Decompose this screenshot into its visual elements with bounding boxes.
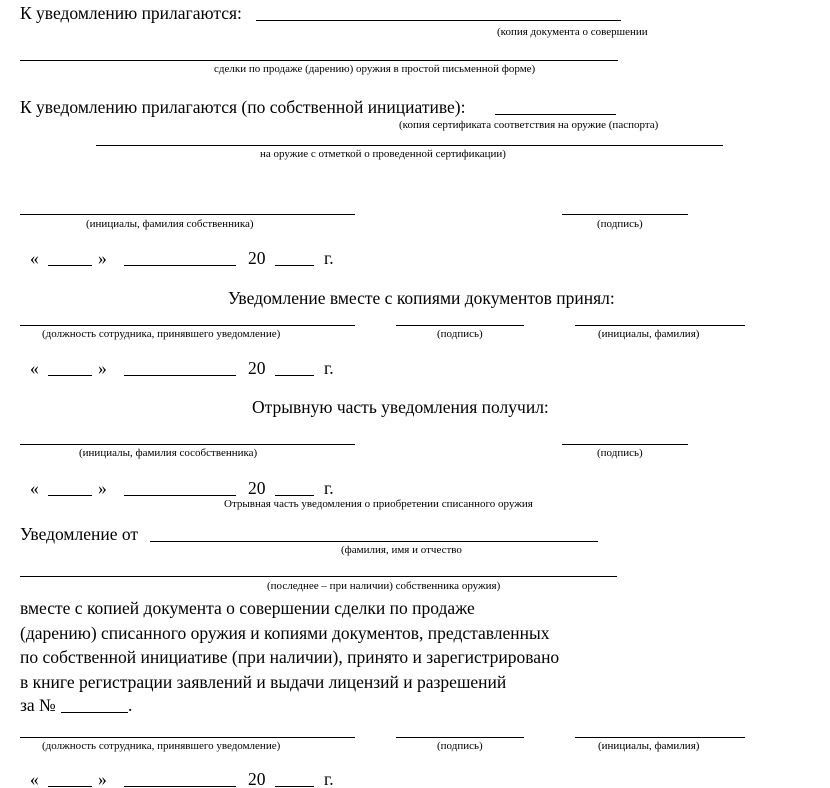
voluntary-caption-2: на оружие с отметкой о проведенной серти… xyxy=(260,148,506,161)
accepted-name-field[interactable] xyxy=(575,325,745,326)
accepted-position-field[interactable] xyxy=(20,325,355,326)
tearoff-received-heading: Отрывную часть уведомления получил: xyxy=(252,397,549,417)
attachments-field[interactable] xyxy=(256,20,621,21)
owner-signature-caption: (подпись) xyxy=(597,218,643,231)
paragraph-line: по собственной инициативе (при наличии),… xyxy=(20,645,559,670)
coowner-signature-caption: (подпись) xyxy=(597,447,643,460)
voluntary-attachments-field-2[interactable] xyxy=(96,145,723,146)
day-field[interactable] xyxy=(48,495,92,496)
century-label: 20 xyxy=(248,478,266,498)
registration-number-field[interactable] xyxy=(61,712,128,713)
close-quote: » xyxy=(98,769,107,788)
voluntary-caption-1: (копия сертификата соответствия на оружи… xyxy=(399,119,658,132)
notification-from-label: Уведомление от xyxy=(20,524,138,544)
day-field[interactable] xyxy=(48,786,92,787)
month-field[interactable] xyxy=(124,265,236,266)
year-suffix: г. xyxy=(324,478,334,498)
open-quote: « xyxy=(30,358,39,378)
attachments-heading: К уведомлению прилагаются: xyxy=(20,3,242,23)
century-label: 20 xyxy=(248,769,266,788)
paragraph-line: вместе с копией документа о совершении с… xyxy=(20,596,559,621)
close-quote: » xyxy=(98,358,107,378)
month-field[interactable] xyxy=(124,375,236,376)
owner-name-field[interactable] xyxy=(20,214,355,215)
year-field[interactable] xyxy=(275,495,314,496)
final-position-field[interactable] xyxy=(20,737,355,738)
year-suffix: г. xyxy=(324,769,334,788)
coowner-signature-field[interactable] xyxy=(562,444,688,445)
year-suffix: г. xyxy=(324,358,334,378)
attachments-caption-2: сделки по продаже (дарению) оружия в про… xyxy=(214,63,535,76)
year-field[interactable] xyxy=(275,786,314,787)
voluntary-attachments-heading: К уведомлению прилагаются (по собственно… xyxy=(20,97,465,117)
paragraph-line: в книге регистрации заявлений и выдачи л… xyxy=(20,670,559,695)
registration-number-suffix: . xyxy=(128,695,132,715)
day-field[interactable] xyxy=(48,375,92,376)
close-quote: » xyxy=(98,478,107,498)
final-position-caption: (должность сотрудника, принявшего уведом… xyxy=(42,740,280,753)
year-field[interactable] xyxy=(275,375,314,376)
owner-fullname-field[interactable] xyxy=(150,541,598,542)
year-field[interactable] xyxy=(275,265,314,266)
paragraph-line: (дарению) списанного оружия и копиями до… xyxy=(20,621,559,646)
month-field[interactable] xyxy=(124,495,236,496)
attachments-field-2[interactable] xyxy=(20,60,618,61)
century-label: 20 xyxy=(248,248,266,268)
accepted-signature-caption: (подпись) xyxy=(437,328,483,341)
accepted-position-caption: (должность сотрудника, принявшего уведом… xyxy=(42,328,280,341)
voluntary-attachments-field[interactable] xyxy=(495,114,616,115)
final-name-caption: (инициалы, фамилия) xyxy=(598,740,699,753)
owner-fullname-field-2[interactable] xyxy=(20,576,617,577)
century-label: 20 xyxy=(248,358,266,378)
close-quote: » xyxy=(98,248,107,268)
owner-fullname-caption-2: (последнее – при наличии) собственника о… xyxy=(267,580,500,593)
coowner-name-field[interactable] xyxy=(20,444,355,445)
attachments-caption-1: (копия документа о совершении xyxy=(497,26,648,39)
day-field[interactable] xyxy=(48,265,92,266)
coowner-name-caption: (инициалы, фамилия сособственника) xyxy=(79,447,257,460)
tearoff-title: Отрывная часть уведомления о приобретени… xyxy=(224,498,533,511)
accepted-heading: Уведомление вместе с копиями документов … xyxy=(228,288,615,308)
registration-number-prefix: за № xyxy=(20,695,56,715)
owner-signature-field[interactable] xyxy=(562,214,688,215)
accepted-name-caption: (инициалы, фамилия) xyxy=(598,328,699,341)
month-field[interactable] xyxy=(124,786,236,787)
final-name-field[interactable] xyxy=(575,737,745,738)
owner-fullname-caption-1: (фамилия, имя и отчество xyxy=(341,544,462,557)
open-quote: « xyxy=(30,478,39,498)
final-signature-caption: (подпись) xyxy=(437,740,483,753)
final-signature-field[interactable] xyxy=(396,737,524,738)
year-suffix: г. xyxy=(324,248,334,268)
owner-name-caption: (инициалы, фамилия собственника) xyxy=(86,218,254,231)
registration-paragraph: вместе с копией документа о совершении с… xyxy=(20,596,559,694)
accepted-signature-field[interactable] xyxy=(396,325,524,326)
open-quote: « xyxy=(30,248,39,268)
open-quote: « xyxy=(30,769,39,788)
